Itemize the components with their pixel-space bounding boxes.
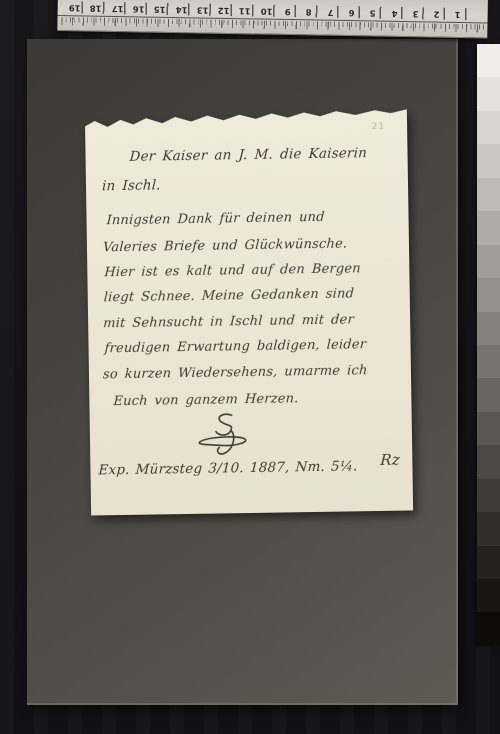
- grayscale-step: [477, 312, 500, 345]
- handwriting-line: freudigen Erwartung baldigen, leider: [104, 337, 366, 356]
- letter-page-wrap: 21 Der Kaiser an J. M. die Kaiserin in I…: [85, 108, 413, 515]
- ruler-number: 7: [319, 7, 341, 17]
- grayscale-step: [477, 211, 500, 244]
- ruler-number: 1: [447, 9, 469, 19]
- handwriting-line: mit Sehnsucht in Ischl und mit der: [103, 312, 355, 331]
- handwriting-heading-line: Der Kaiser an J. M. die Kaiserin: [129, 145, 367, 165]
- grayscale-calibration-strip: [477, 44, 500, 646]
- ruler-number: 10: [255, 5, 277, 15]
- measurement-ruler: 19181716151413121110987654321: [57, 0, 488, 38]
- grayscale-step: [477, 44, 500, 77]
- grayscale-step: [477, 612, 500, 645]
- ruler-number: 8: [298, 6, 320, 16]
- grayscale-step: [477, 378, 500, 411]
- ruler-number: 12: [213, 5, 235, 15]
- ruler-number: 9: [277, 6, 299, 16]
- ruler-number: 13: [191, 4, 213, 14]
- ruler-number: 19: [64, 2, 86, 12]
- handwriting-line: liegt Schnee. Meine Gedanken sind: [103, 286, 354, 305]
- ruler-number: 15: [149, 4, 171, 14]
- handwriting-heading-line: in Ischl.: [102, 177, 162, 194]
- handwriting-line: so kurzen Wiedersehens, umarme ich: [103, 363, 368, 382]
- ruler-number: 4: [383, 8, 405, 18]
- ruler-number: 17: [106, 3, 128, 13]
- ruler-number: 3: [404, 8, 426, 18]
- ruler-number: 6: [340, 7, 362, 17]
- grayscale-step: [477, 278, 500, 311]
- pencil-folio-number: 21: [372, 122, 386, 132]
- grayscale-step: [477, 546, 500, 579]
- grayscale-step: [477, 178, 500, 211]
- grayscale-step: [477, 412, 500, 445]
- grayscale-step: [477, 512, 500, 545]
- signature-monogram: [188, 411, 263, 462]
- ruler-number: 18: [85, 2, 107, 12]
- grayscale-step: [477, 479, 500, 512]
- handwriting-line: Valeries Briefe und Glückwünsche.: [103, 236, 348, 255]
- ruler-number: 11: [234, 5, 256, 15]
- ruler-number: 5: [362, 7, 384, 17]
- dateline: Exp. Mürzsteg 3/10. 1887, Nm. 5¼.: [98, 458, 358, 478]
- ruler-number: 2: [426, 8, 448, 18]
- grayscale-step: [477, 245, 500, 278]
- grayscale-step: [477, 77, 500, 110]
- grayscale-step: [477, 111, 500, 144]
- handwriting-line: Innigsten Dank für deinen und: [106, 210, 325, 228]
- ruler-number: 16: [128, 3, 150, 13]
- archivist-initials: Rz: [380, 451, 401, 469]
- grayscale-step: [477, 579, 500, 612]
- handwriting-line: Euch von ganzem Herzen.: [113, 391, 299, 409]
- letter-page: 21 Der Kaiser an J. M. die Kaiserin in I…: [85, 108, 413, 515]
- grayscale-step: [477, 445, 500, 478]
- archival-photo: 19181716151413121110987654321 21 Der Kai…: [0, 0, 500, 734]
- ruler-number: 14: [170, 4, 192, 14]
- grayscale-step: [477, 144, 500, 177]
- grayscale-step: [477, 345, 500, 378]
- handwriting-line: Hier ist es kalt und auf den Bergen: [104, 261, 361, 280]
